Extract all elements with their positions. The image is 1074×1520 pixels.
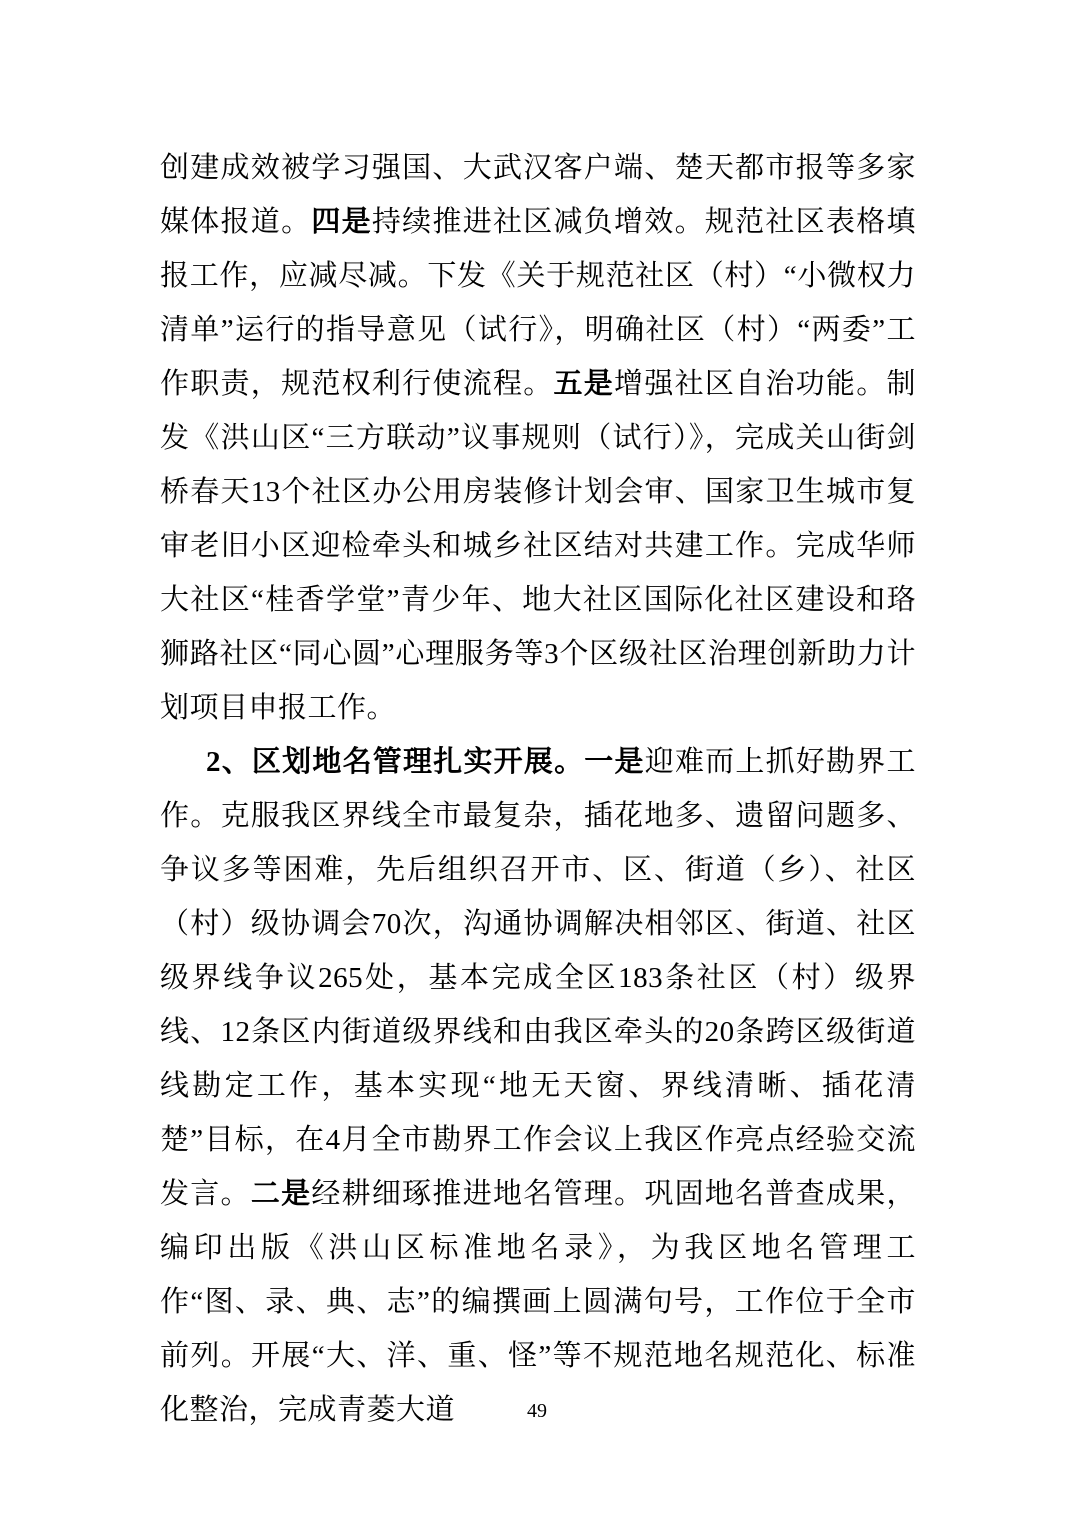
document-page: 创建成效被学习强国、大武汉客户端、楚天都市报等多家媒体报道。四是持续推进社区减负… — [0, 0, 1074, 1520]
text-run: 增强社区自治功能。制发《洪山区“三方联动”议事规则（试行）》，完成关山街剑桥春天… — [160, 368, 916, 724]
paragraph: 创建成效被学习强国、大武汉客户端、楚天都市报等多家媒体报道。四是持续推进社区减负… — [160, 141, 916, 735]
document-body: 创建成效被学习强国、大武汉客户端、楚天都市报等多家媒体报道。四是持续推进社区减负… — [160, 141, 916, 1437]
bold-text-run: 二是 — [251, 1178, 312, 1210]
bold-text-run: 四是 — [311, 206, 372, 238]
text-run: 迎难而上抓好勘界工作。克服我区界线全市最复杂，插花地多、遗留问题多、争议多等困难… — [160, 746, 916, 1210]
text-run: 经耕细琢推进地名管理。巩固地名普查成果，编印出版《洪山区标准地名录》，为我区地名… — [160, 1178, 916, 1426]
paragraph: 2、区划地名管理扎实开展。一是迎难而上抓好勘界工作。克服我区界线全市最复杂，插花… — [160, 735, 916, 1437]
bold-text-run: 五是 — [554, 368, 615, 400]
page-number: 49 — [0, 1398, 1074, 1424]
bold-text-run: 2、区划地名管理扎实开展。一是 — [206, 746, 645, 778]
